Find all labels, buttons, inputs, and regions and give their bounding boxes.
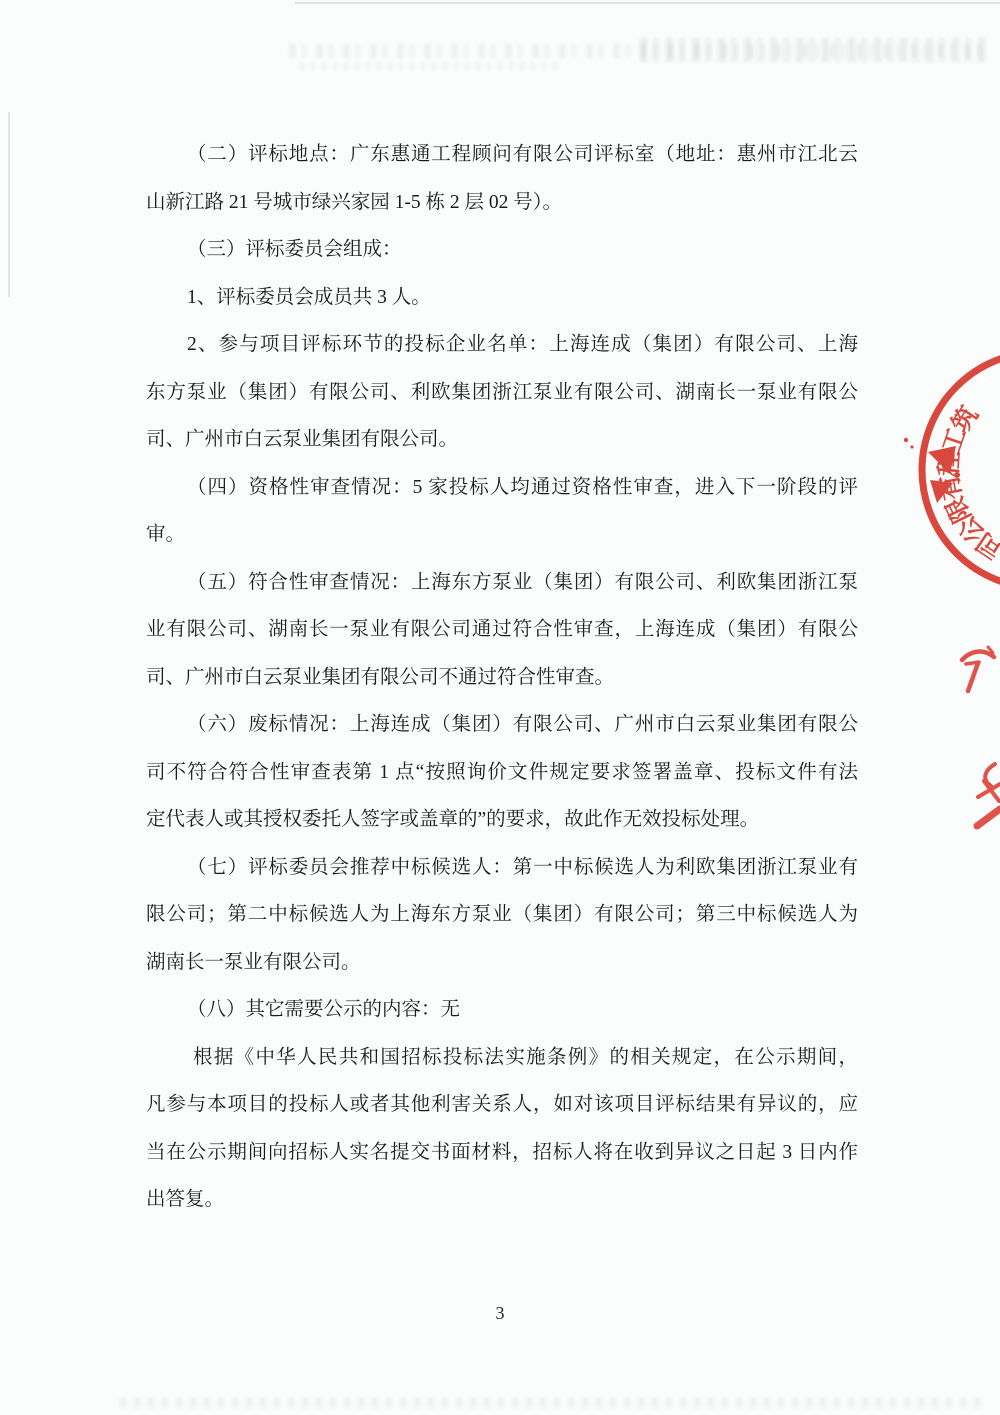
document-line: 司不符合符合性审查表第 1 点“按照询价文件规定要求签署盖章、投标文件有法 xyxy=(146,749,858,797)
document-line: 业有限公司、湖南长一泵业有限公司通过符合性审查，上海连成（集团）有限公 xyxy=(146,606,858,654)
document-line: 司、广州市白云泵业集团有限公司。 xyxy=(146,416,858,464)
document-line: 湖南长一泵业有限公司。 xyxy=(146,939,858,987)
document-line: （五）符合性审查情况：上海东方泵业（集团）有限公司、利欧集团浙江泵 xyxy=(146,559,858,607)
document-line: 1、评标委员会成员共 3 人。 xyxy=(146,274,858,322)
document-line: 限公司；第二中标候选人为上海东方泵业（集团）有限公司；第三中标候选人为 xyxy=(146,891,858,939)
document-line: 东方泵业（集团）有限公司、利欧集团浙江泵业有限公司、湖南长一泵业有限公 xyxy=(146,369,858,417)
document-line: 定代表人或其授权委托人签字或盖章的”的要求，故此作无效投标处理。 xyxy=(146,796,858,844)
scanned-document-page: （二）评标地点：广东惠通工程顾问有限公司评标室（地址：惠州市江北云 山新江路 2… xyxy=(0,0,1000,1415)
scan-edge-artifact xyxy=(8,112,10,297)
document-line: （四）资格性审查情况：5 家投标人均通过资格性审查，进入下一阶段的评 xyxy=(146,464,858,512)
bleed-through-artifact xyxy=(640,38,990,62)
document-line: 司、广州市白云泵业集团有限公司不通过符合性审查。 xyxy=(146,654,858,702)
document-line: 山新江路 21 号城市绿兴家园 1-5 栋 2 层 02 号）。 xyxy=(146,179,858,227)
bleed-through-artifact xyxy=(120,1398,980,1408)
document-line: 凡参与本项目的投标人或者其他利害关系人，如对该项目评标结果有异议的，应 xyxy=(146,1081,858,1129)
page-number: 3 xyxy=(0,1303,1000,1324)
red-handwriting-fragment xyxy=(955,640,1000,695)
document-line: 当在公示期间向招标人实名提交书面材料，招标人将在收到异议之日起 3 日内作 xyxy=(146,1129,858,1177)
document-line: 出答复。 xyxy=(146,1176,858,1224)
document-body: （二）评标地点：广东惠通工程顾问有限公司评标室（地址：惠州市江北云 山新江路 2… xyxy=(146,131,858,1224)
document-line: 审。 xyxy=(146,511,858,559)
document-line: （八）其它需要公示的内容：无 xyxy=(146,986,858,1034)
bleed-through-artifact xyxy=(300,62,560,71)
document-line: （七）评标委员会推荐中标候选人：第一中标候选人为利欧集团浙江泵业有 xyxy=(146,844,858,892)
bleed-through-artifact xyxy=(290,44,990,58)
document-line: （六）废标情况：上海连成（集团）有限公司、广州市白云泵业集团有限公 xyxy=(146,701,858,749)
document-line: （二）评标地点：广东惠通工程顾问有限公司评标室（地址：惠州市江北云 xyxy=(146,131,858,179)
document-line: 根据《中华人民共和国招标投标法实施条例》的相关规定，在公示期间， xyxy=(146,1034,858,1082)
document-line: （三）评标委员会组成： xyxy=(146,226,858,274)
company-seal-stamp: 筑 工 程 有 限 公 司 xyxy=(900,350,1000,590)
document-line: 2、参与项目评标环节的投标企业名单：上海连成（集团）有限公司、上海 xyxy=(146,321,858,369)
scan-edge-artifact xyxy=(295,2,1000,4)
red-handwriting-fragment xyxy=(955,758,1000,833)
